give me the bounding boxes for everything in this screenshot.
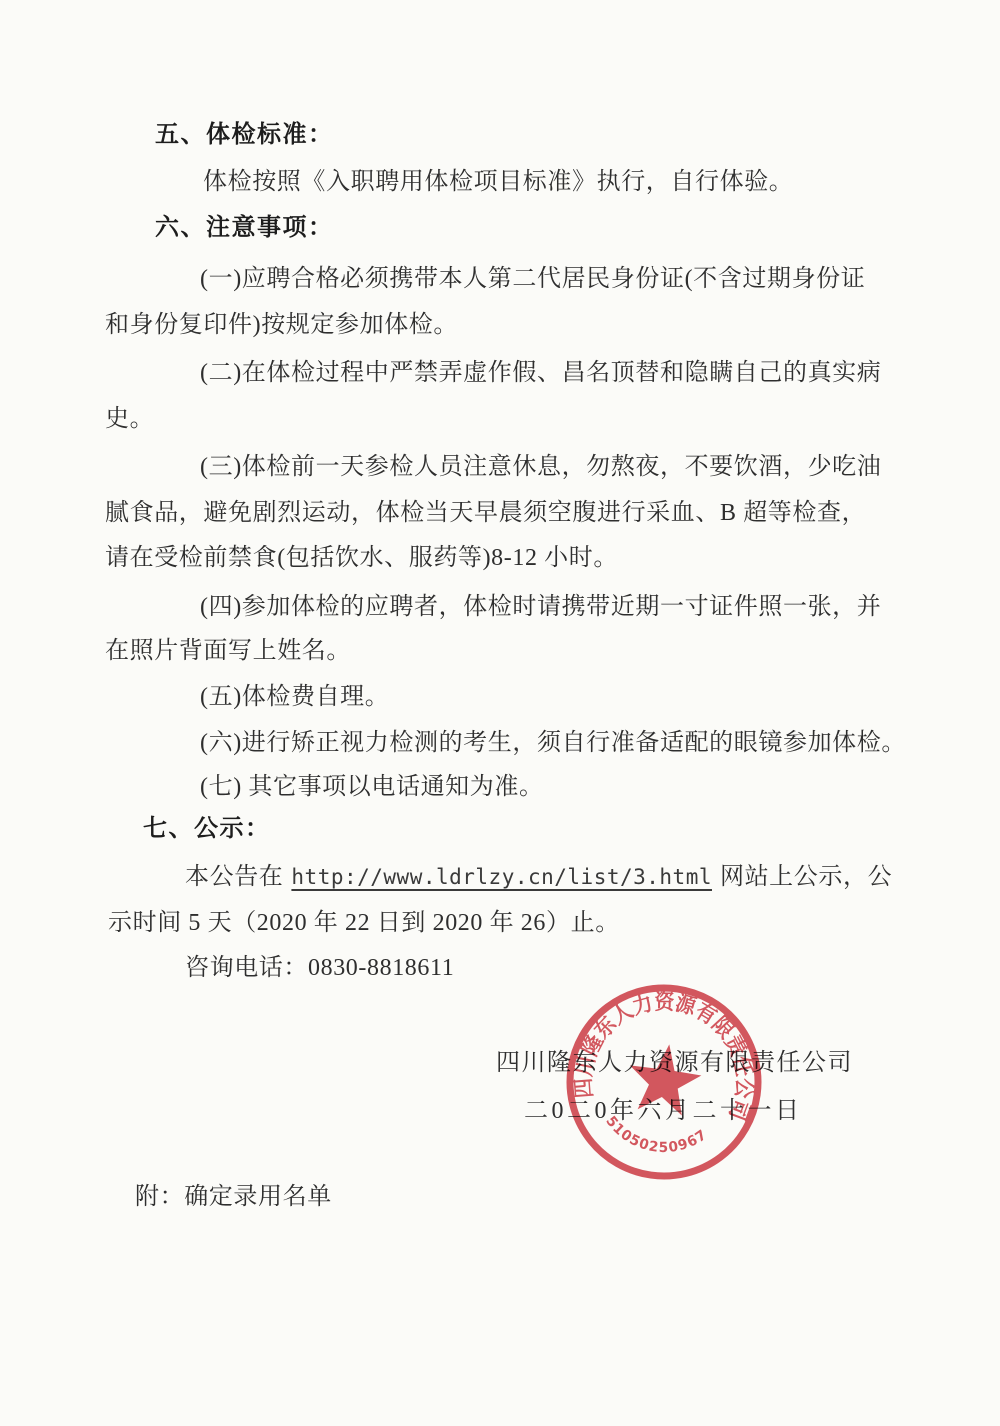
phone-line: 咨询电话：0830-8818611 bbox=[185, 951, 454, 985]
notice-item-1-line-1: (一)应聘合格必须携带本人第二代居民身份证(不含过期身份证 bbox=[200, 262, 865, 296]
seal-star-icon bbox=[624, 1039, 705, 1117]
notice-item-3-line-3: 请在受检前禁食(包括饮水、服药等)8-12 小时。 bbox=[105, 541, 618, 575]
notice-item-4-line-2: 在照片背面写上姓名。 bbox=[105, 634, 351, 668]
section-6-heading: 六、注意事项： bbox=[155, 211, 334, 245]
notice-item-4-line-1: (四)参加体检的应聘者，体检时请携带近期一寸证件照一张，并 bbox=[200, 590, 881, 624]
notice-item-2-line-2: 史。 bbox=[105, 402, 154, 436]
company-seal-stamp: 四川隆东人力资源有限责任公司 51050250967 bbox=[552, 968, 776, 1196]
section-5-heading: 五、体检标准： bbox=[155, 118, 334, 152]
publicity-text-pre: 本公告在 bbox=[185, 864, 283, 890]
notice-item-5: (五)体检费自理。 bbox=[200, 680, 389, 714]
section-7-heading: 七、公示： bbox=[143, 812, 271, 846]
publicity-line-1: 本公告在http://www.ldrlzy.cn/list/3.html网站上公… bbox=[185, 860, 892, 894]
svg-text:51050250967: 51050250967 bbox=[599, 1112, 712, 1163]
seal-serial-number: 51050250967 bbox=[599, 1112, 712, 1163]
notice-item-7: (七) 其它事项以电话通知为准。 bbox=[200, 770, 544, 804]
notice-item-2-line-1: (二)在体检过程中严禁弄虚作假、昌名顶替和隐瞒自己的真实病 bbox=[200, 356, 881, 390]
notice-item-3-line-1: (三)体检前一天参检人员注意休息，勿熬夜，不要饮酒，少吃油 bbox=[200, 450, 881, 484]
notice-item-1-line-2: 和身份复印件)按规定参加体检。 bbox=[105, 308, 458, 342]
notice-item-3-line-2: 腻食品，避免剧烈运动，体检当天早晨须空腹进行采血、B 超等检查， bbox=[105, 496, 866, 530]
publicity-line-2: 示时间 5 天（2020 年 22 日到 2020 年 26）止。 bbox=[108, 906, 620, 940]
document-page: 五、体检标准： 体检按照《入职聘用体检项目标准》执行，自行体验。 六、注意事项：… bbox=[0, 0, 1000, 1426]
publicity-url-link[interactable]: http://www.ldrlzy.cn/list/3.html bbox=[291, 865, 712, 889]
section-5-body-line: 体检按照《入职聘用体检项目标准》执行，自行体验。 bbox=[203, 165, 793, 199]
attachment-note: 附：确定录用名单 bbox=[135, 1180, 332, 1214]
publicity-text-post: 网站上公示，公 bbox=[720, 864, 892, 890]
notice-item-6: (六)进行矫正视力检测的考生，须自行准备适配的眼镜参加体检。 bbox=[200, 726, 906, 760]
